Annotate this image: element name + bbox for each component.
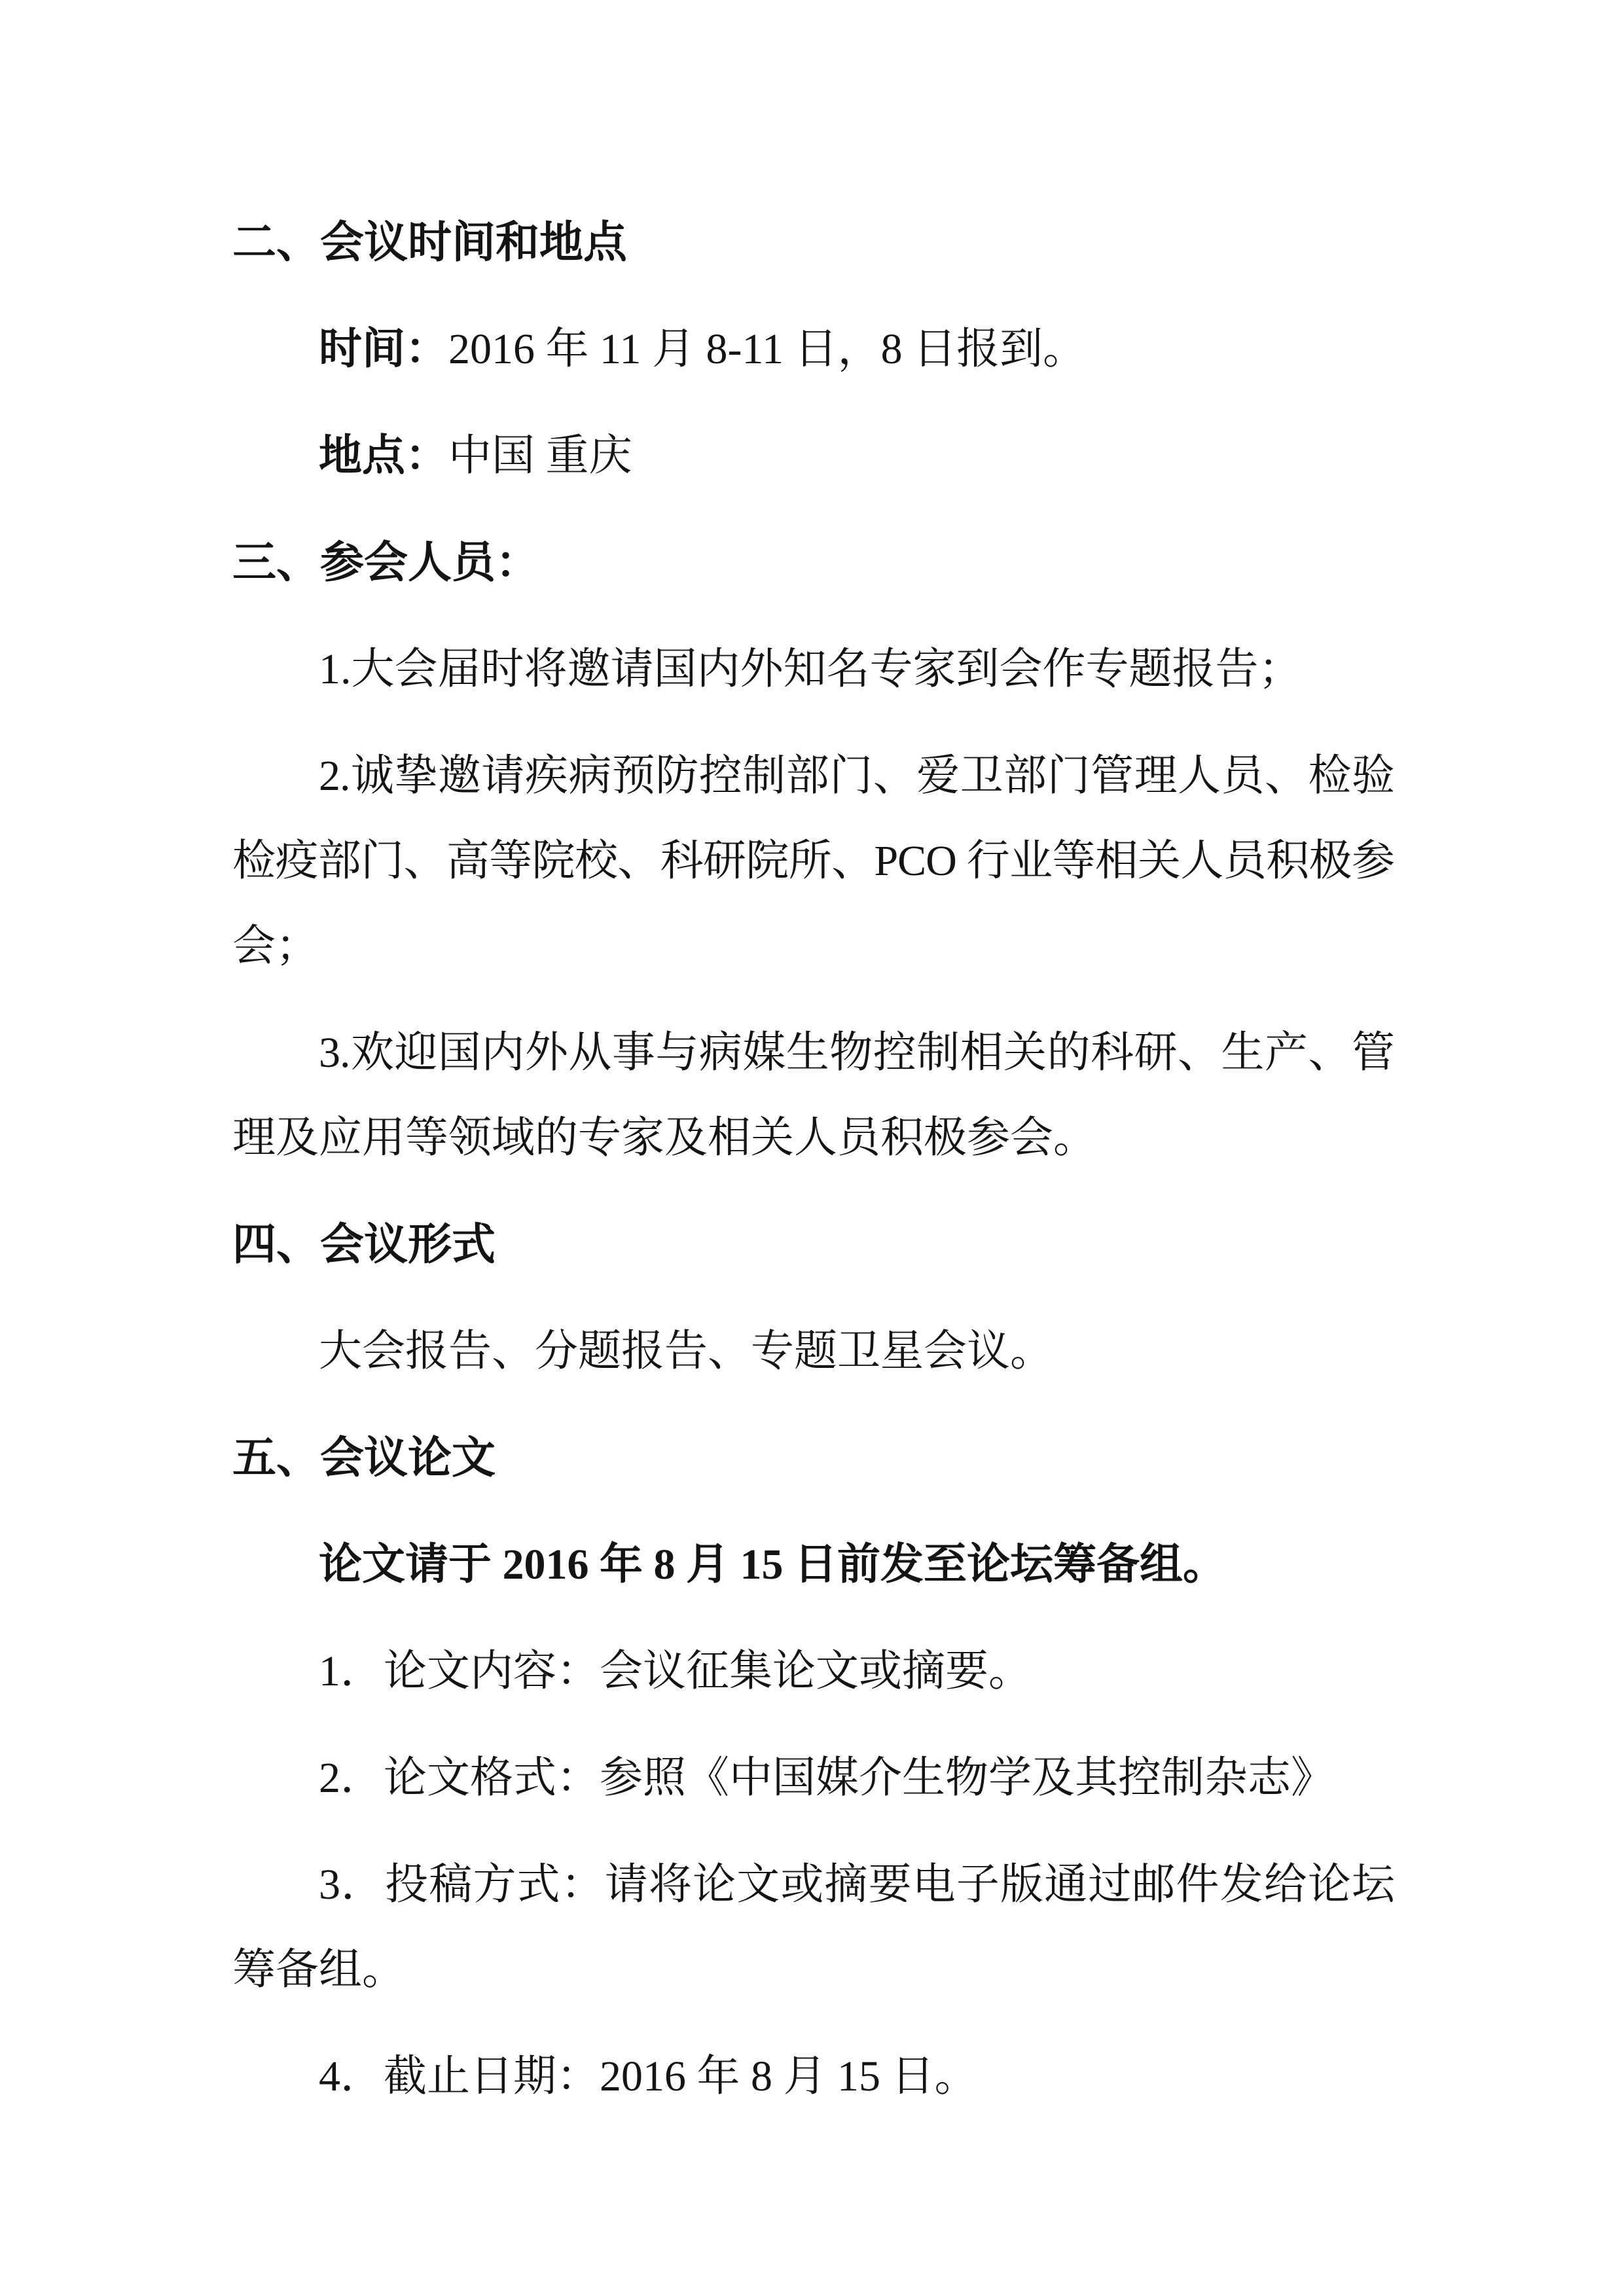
line-participants-item-3-a: 3.欢迎国内外从事与病媒生物控制相关的科研、生产、管	[232, 1011, 1394, 1096]
line-meeting-location: 地点：中国 重庆	[232, 414, 1394, 499]
line-participants-item-1: 1.大会届时将邀请国内外知名专家到会作专题报告；	[232, 627, 1394, 712]
line-participants-item-2-b: 检疫部门、高等院校、科研院所、PCO 行业等相关人员积极参	[232, 819, 1394, 904]
line-meeting-format: 大会报告、分题报告、专题卫星会议。	[232, 1309, 1394, 1394]
line-papers-item-4: 4．截止日期：2016 年 8 月 15 日。	[232, 2034, 1394, 2119]
document-content: 二、会议时间和地点时间：2016 年 11 月 8-11 日，8 日报到。地点：…	[232, 200, 1394, 2141]
document-page: 二、会议时间和地点时间：2016 年 11 月 8-11 日，8 日报到。地点：…	[0, 0, 1624, 2296]
line-papers-item-3-b: 筹备组。	[232, 1928, 1394, 2013]
heading-section-participants: 三、参会人员：	[232, 520, 1394, 605]
heading-section-meeting-time-location: 二、会议时间和地点	[232, 200, 1394, 285]
heading-section-meeting-format: 四、会议形式	[232, 1202, 1394, 1287]
line-meeting-location-label: 地点：	[319, 432, 448, 480]
line-participants-item-2-a: 2.诚挚邀请疾病预防控制部门、爱卫部门管理人员、检验	[232, 734, 1394, 819]
line-participants-item-2-c: 会；	[232, 904, 1394, 989]
heading-section-papers: 五、会议论文	[232, 1416, 1394, 1501]
line-meeting-time-label: 时间：	[319, 325, 448, 373]
line-papers-item-3-a: 3．投稿方式：请将论文或摘要电子版通过邮件发给论坛	[232, 1842, 1394, 1928]
line-papers-deadline-notice: 论文请于 2016 年 8 月 15 日前发至论坛筹备组。	[232, 1522, 1394, 1607]
line-papers-item-2: 2．论文格式：参照《中国媒介生物学及其控制杂志》	[232, 1736, 1394, 1821]
line-meeting-time: 时间：2016 年 11 月 8-11 日，8 日报到。	[232, 307, 1394, 392]
line-papers-item-1: 1．论文内容：会议征集论文或摘要。	[232, 1629, 1394, 1714]
line-participants-item-3-b: 理及应用等领域的专家及相关人员积极参会。	[232, 1096, 1394, 1181]
